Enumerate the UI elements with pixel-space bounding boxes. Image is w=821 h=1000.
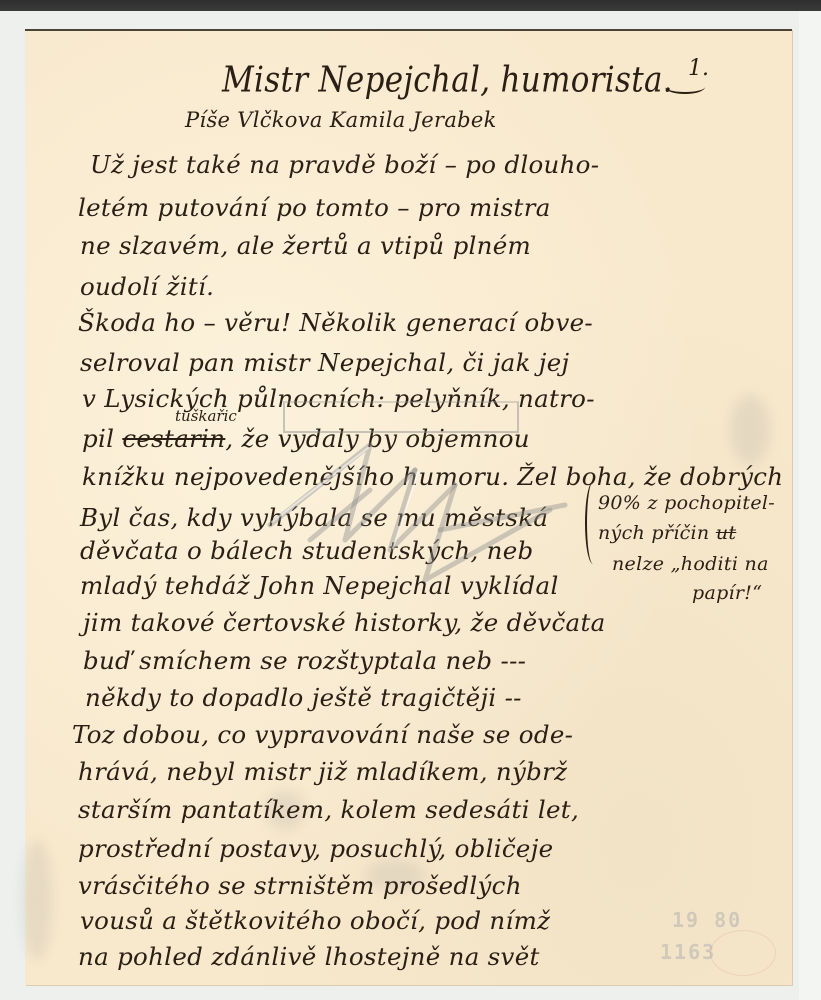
text-line: starším pantatíkem, kolem sedesáti let, [78,795,579,824]
paper-smudge [22,840,52,960]
scanner-edge-strip [0,0,821,11]
struck-word: cestarin [122,424,225,453]
text-line: prostřední postavy, posuchlý, obličeje [78,834,553,863]
text-line: Škoda ho – věru! Několik generací obve- [78,308,593,337]
text-line: ne slzavém, ale žertů a vtipů plném [80,231,531,260]
archive-stamp-circle [710,930,776,976]
text-line: na pohled zdánlivě lhostejně na svět [78,942,540,971]
text-line: někdy to dopadlo ještě tragičtěji -- [85,683,522,712]
text-fragment: ných příčin [598,522,709,544]
scan-margin-right [799,11,821,1000]
manuscript-subtitle: Píše Vlčkova Kamila Jerabek [185,108,497,132]
text-line: Toz dobou, co vypravování naše se ode- [72,720,573,749]
paper-smudge [730,395,770,465]
manuscript-title: Mistr Nepejchal, humorista. [222,59,673,100]
margin-note-line: nelze „hoditi na [612,553,769,575]
margin-note-line: ných příčin ut [598,522,736,544]
text-line: Už jest také na pravdě boží – po dlouho- [90,150,599,179]
text-line: letém putování po tomto – pro mistra [78,193,551,222]
text-line: buď smíchem se rozštyptala neb --- [83,646,526,675]
archive-stamp-number: 19 80 [672,908,742,932]
margin-note-line: 90% z pochopitel- [598,492,775,514]
text-line: jim takové čertovské historky, že děvčat… [83,608,606,637]
text-fragment: pil [82,424,114,453]
margin-note-line: papír!“ [692,582,762,604]
text-line: vousů a štětkovitého obočí, pod nímž [80,906,550,935]
text-line: hrává, nebyl mistr již mladíkem, nýbrž [78,757,567,786]
text-line: selroval pan mistr Nepejchal, či jak jej [80,348,569,377]
struck-word: ut [716,522,736,544]
text-line: oudolí žití. [80,272,214,301]
watermark-logo-icon [250,430,580,600]
watermark-frame [283,401,519,433]
text-line: vrásčitého se strništěm prošedlých [78,871,522,900]
page-number: 1. [688,56,709,81]
scanned-page: 1. Mistr Nepejchal, humorista. Píše Vlčk… [0,0,821,1000]
archive-stamp-number: 1163 [660,940,716,964]
inserted-word: tuškařic [175,407,237,425]
